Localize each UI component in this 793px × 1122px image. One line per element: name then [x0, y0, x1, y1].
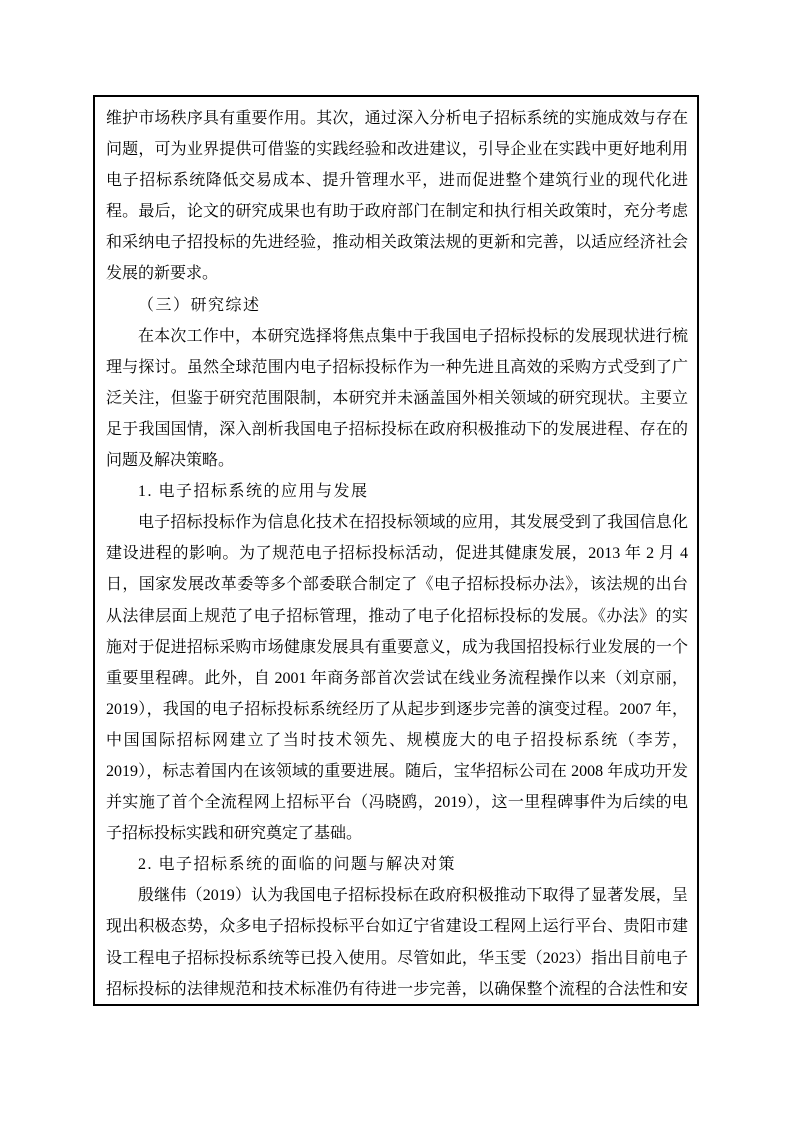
- subsection-heading-problems-countermeasures: 2. 电子招标系统的面临的问题与解决对策: [106, 849, 688, 880]
- content-border-frame: 维护市场秩序具有重要作用。其次，通过深入分析电子招标系统的实施成效与存在问题，可…: [93, 95, 699, 1006]
- paragraph-system-development-history: 电子招标投标作为信息化技术在招投标领域的应用，其发展受到了我国信息化建设进程的影…: [106, 507, 688, 849]
- subsection-heading-application-development: 1. 电子招标系统的应用与发展: [106, 476, 688, 507]
- paragraph-problems-discussion: 殷继伟（2019）认为我国电子招标投标在政府积极推动下取得了显著发展，呈现出积极…: [106, 880, 688, 1006]
- paragraph-research-scope: 在本次工作中，本研究选择将焦点集中于我国电子招标投标的发展现状进行梳理与探讨。虽…: [106, 321, 688, 476]
- paragraph-significance-continuation: 维护市场秩序具有重要作用。其次，通过深入分析电子招标系统的实施成效与存在问题，可…: [106, 103, 688, 290]
- document-page: 维护市场秩序具有重要作用。其次，通过深入分析电子招标系统的实施成效与存在问题，可…: [0, 0, 793, 1122]
- section-heading-research-review: （三）研究综述: [106, 290, 688, 321]
